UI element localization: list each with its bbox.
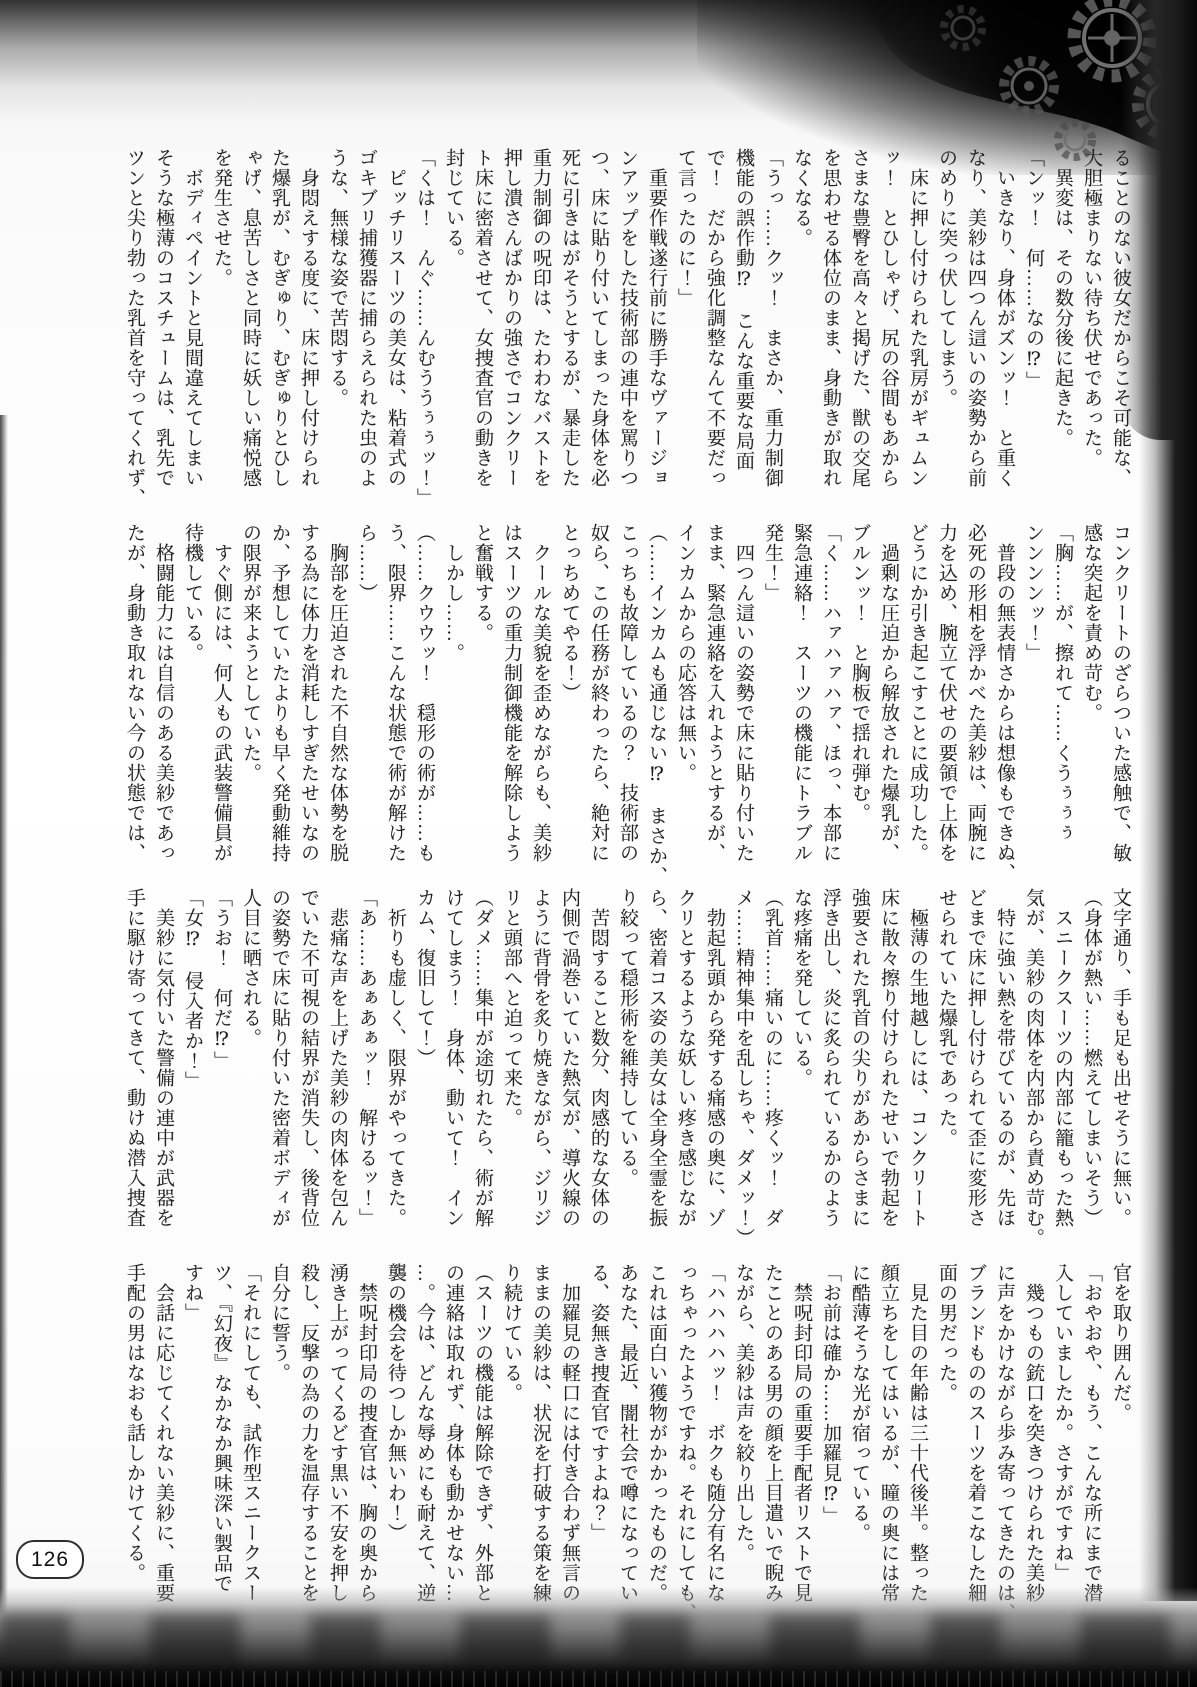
book-page: ることのない彼女だからこそ可能な、大胆極まりない待ち伏せであった。 異変は、その… (0, 0, 1197, 1687)
page-number-badge: 126 (16, 1540, 84, 1579)
text-column: メ……精神集中を乱しちゃ、ダメッ！） (729, 888, 758, 1250)
text-column: まま、緊急連絡を入れようとするが、 (700, 523, 729, 885)
text-column: うな、無様な姿で苦悶する。 (323, 148, 352, 510)
text-band-4: 官を取り囲んだ。「おやおや、もう、こんな所にまで潜入していましたか。さすがですね… (120, 1263, 1135, 1625)
text-column: 普段の無表情さからは想像もできぬ、 (990, 523, 1019, 885)
text-column: クリとするような妖しい疼き感じなが (671, 888, 700, 1250)
text-column: り絞って穏形術を維持している。 (613, 888, 642, 1250)
left-edge-shadow (0, 415, 8, 1632)
text-column: ンアップをした技術部の連中を罵りつ (613, 148, 642, 510)
text-column: リと頭部へと迫って来た。 (497, 888, 526, 1250)
text-column: 強要された乳首の尖りがあからさまに (845, 888, 874, 1250)
text-column: （乳首……痛いのに……疼くッ！ ダ (758, 888, 787, 1250)
text-column: 浮き出し、炎に炙られているかのよう (816, 888, 845, 1250)
text-column: 「ンッ！ 何……なの⁉」 (1019, 148, 1048, 510)
text-column: た爆乳が、むぎゅり、むぎゅりとひし (265, 148, 294, 510)
text-column: 封じている。 (439, 148, 468, 510)
text-column: 加羅見の軽口には付き合わず無言の (555, 1263, 584, 1625)
text-column: ままの美紗は、状況を打破する策を練 (526, 1263, 555, 1625)
text-column: 床に散々擦り付けられたせいで勃起を (874, 888, 903, 1250)
text-column: 「く……ハァハァハァ、ほっ、本部に (816, 523, 845, 885)
text-column: 待機している。 (178, 523, 207, 885)
text-column: 悲痛な声を上げた美紗の肉体を包ん (323, 888, 352, 1250)
text-column: 襲の機会を待つしか無いわ！） (381, 1263, 410, 1625)
text-column: 禁呪封印局の重要手配者リストで見 (787, 1263, 816, 1625)
text-column: 重要作戦遂行前に勝手なヴァージョ (642, 148, 671, 510)
text-column: （……インカムも通じない⁉ まさか、 (642, 523, 671, 885)
text-column: 機能の誤作動⁉ こんな重要な局面 (729, 148, 758, 510)
text-column: 床に押し付けられた乳房がギュムン (903, 148, 932, 510)
text-column: スニークスーツの内部に籠もった熱 (1048, 888, 1077, 1250)
text-column: か、予想していたよりも早く発動維持 (265, 523, 294, 885)
text-column: けてしまう！ 身体、動いて！ イン (439, 888, 468, 1250)
text-column: なり、美紗は四つん這いの姿勢から前 (961, 148, 990, 510)
text-column: の連絡は取れず、身体も動かせない… (439, 1263, 468, 1625)
text-column: コンクリートのざらついた感触で、敏 (1106, 523, 1135, 885)
text-column: 必死の形相を浮かべた美紗は、両腕に (961, 523, 990, 885)
text-column: に酷薄そうな光が宿っている。 (845, 1263, 874, 1625)
text-column: 会話に応じてくれない美紗に、重要 (149, 1263, 178, 1625)
text-column: 湧き上がってくるどす黒い不安を押し (323, 1263, 352, 1625)
text-column: 感な突起を責め苛む。 (1077, 523, 1106, 885)
text-column: （……クウウッ！ 穏形の術が……も (410, 523, 439, 885)
text-column: インカムからの応答は無い。 (671, 523, 700, 885)
text-column: の姿勢で床に貼り付いた密着ボディが (265, 888, 294, 1250)
text-column: 官を取り囲んだ。 (1106, 1263, 1135, 1625)
text-column: ッ！ とひしゃげ、尻の谷間もあから (874, 148, 903, 510)
text-column: ピッチリスーツの美女は、粘着式の (381, 148, 410, 510)
text-column: と奮戦する。 (468, 523, 497, 885)
text-column: 祈りも虚しく、限界がやってきた。 (381, 888, 410, 1250)
text-column: はスーツの重力制御機能を解除しよう (497, 523, 526, 885)
text-column: 幾つもの銃口を突きつけられた美紗 (1019, 1263, 1048, 1625)
text-column: で！ だから強化調整なんて不要だっ (700, 148, 729, 510)
text-column: 胸部を圧迫された不自然な体勢を脱 (323, 523, 352, 885)
text-column: こっちも故障しているの？ 技術部の (613, 523, 642, 885)
text-column: ら……） (352, 523, 381, 885)
text-column: 勃起乳頭から発する痛感の奥に、ゾ (700, 888, 729, 1250)
text-column: 殺し、反撃の為の力を温存することを (294, 1263, 323, 1625)
text-column: （ダメ……集中が途切れたら、術が解 (468, 888, 497, 1250)
text-column: ブランドもののスーツを着こなした細 (961, 1263, 990, 1625)
text-column: …。今は、どんな辱めにも耐えて、逆 (410, 1263, 439, 1625)
text-column: どうにか引き起こすことに成功した。 (903, 523, 932, 885)
text-column: （身体が熱い……燃えてしまいそう） (1077, 888, 1106, 1250)
text-column: なくなる。 (787, 148, 816, 510)
text-column: 美紗に気付いた警備の連中が武器を (149, 888, 178, 1250)
text-column: 顔立ちをしてはいるが、瞳の奥には常 (874, 1263, 903, 1625)
text-column: 見た目の年齢は三十代後半。整った (903, 1263, 932, 1625)
text-column: 「胸……が、擦れて……くうぅぅぅ (1048, 523, 1077, 885)
text-column: っちゃったようですね。それにしても、 (671, 1263, 700, 1625)
text-column: すぐ側には、何人もの武装警備員が (207, 523, 236, 885)
text-column: 大胆極まりない待ち伏せであった。 (1077, 148, 1106, 510)
text-column: 異変は、その数分後に起きた。 (1048, 148, 1077, 510)
text-column: 奴ら、この任務が終わったら、絶対に (584, 523, 613, 885)
text-column: ゃげ、息苦しさと同時に妖しい痛悦感 (236, 148, 265, 510)
text-column: せられていた爆乳であった。 (932, 888, 961, 1250)
text-column: う、限界……こんな状態で術が解けた (381, 523, 410, 885)
text-column: たことのある男の顔を上目遣いで睨み (758, 1263, 787, 1625)
text-column: これは面白い獲物がかかったものだ。 (642, 1263, 671, 1625)
text-column: する為に体力を消耗しすぎたせいなの (294, 523, 323, 885)
text-column: 「ハハハハッ！ ボクも随分有名にな (700, 1263, 729, 1625)
text-column: ゴキブリ捕獲器に捕らえられた虫のよ (352, 148, 381, 510)
text-column: ながら、美紗は声を絞り出した。 (729, 1263, 758, 1625)
text-column: 禁呪封印局の捜査官は、胸の奥から (352, 1263, 381, 1625)
text-column: ることのない彼女だからこそ可能な、 (1106, 148, 1135, 510)
text-column: 内側で渦巻いていた熱気が、導火線の (555, 888, 584, 1250)
text-column: り続けている。 (497, 1263, 526, 1625)
text-band-2: コンクリートのざらついた感触で、敏感な突起を責め苛む。「胸……が、擦れて……くう… (120, 523, 1135, 885)
text-column: 格闘能力には自信のある美紗であっ (149, 523, 178, 885)
text-column: ように背骨を炙り焼きながら、ジリジ (526, 888, 555, 1250)
text-column: たが、身動き取れない今の状態では、 (120, 523, 149, 885)
text-column: 極薄の生地越しには、コンクリート (903, 888, 932, 1250)
top-edge-shadow (0, 0, 1197, 150)
text-column: を思わせる体位のまま、身動きが取れ (816, 148, 845, 510)
text-column: 「それにしても、試作型スニークスー (236, 1263, 265, 1625)
text-column: でいた不可視の結界が消失し、後背位 (294, 888, 323, 1250)
text-column: ボディペイントと見間違えてしまい (178, 148, 207, 510)
text-column: 自分に誓う。 (265, 1263, 294, 1625)
text-column: の限界が来ようとしていた。 (236, 523, 265, 885)
text-column: 「女⁉ 侵入者か！」 (178, 888, 207, 1250)
text-column: 過剰な圧迫から解放された爆乳が、 (874, 523, 903, 885)
text-column: を発生させた。 (207, 148, 236, 510)
page-number: 126 (31, 1548, 69, 1572)
text-column: 面の男だった。 (932, 1263, 961, 1625)
text-column: 特に強い熱を帯びているのが、先ほ (990, 888, 1019, 1250)
text-column: 「くは！ んぐ……んむううぅぅッ！」 (410, 148, 439, 510)
text-column: 押し潰さんばかりの強さでコンクリー (497, 148, 526, 510)
text-column: 「うっ……クッ！ まさか、重力制御 (758, 148, 787, 510)
text-column: つ、床に貼り付いてしまった身体を必 (584, 148, 613, 510)
text-column: そうな極薄のコスチュームは、乳先で (149, 148, 178, 510)
text-column: ンンンンッ！」 (1019, 523, 1048, 885)
text-column: 「うお！ 何だ⁉」 (207, 888, 236, 1250)
text-column: どまで床に押し付けられて歪に変形さ (961, 888, 990, 1250)
text-column: て言ったのに！」 (671, 148, 700, 510)
text-column: 力を込め、腕立て伏せの要領で上体を (932, 523, 961, 885)
text-column: る、姿無き捜査官ですよね？」 (584, 1263, 613, 1625)
right-edge-shadow (1139, 0, 1197, 1601)
text-column: とっちめてやる！） (555, 523, 584, 885)
text-column: に声をかけながら歩み寄ってきたのは、 (990, 1263, 1019, 1625)
text-column: ブルンッ！ と胸板で揺れ弾む。 (845, 523, 874, 885)
text-column: しかし……。 (439, 523, 468, 885)
text-column: 緊急連絡！ スーツの機能にトラブル (787, 523, 816, 885)
text-column: 死に引きはがそうとするが、暴走した (555, 148, 584, 510)
text-column: 「お前は確か……加羅見⁉」 (816, 1263, 845, 1625)
text-column: 苦悶すること数分、肉感的な女体の (584, 888, 613, 1250)
text-column: あなた、最近、闇社会で噂になってい (613, 1263, 642, 1625)
text-column: カム、復旧して！） (410, 888, 439, 1250)
bottom-edge-speckles (0, 1671, 1197, 1687)
text-column: ら、密着コス姿の美女は全身全霊を振 (642, 888, 671, 1250)
text-column: ツ、『幻夜』なかなか興味深い製品で (207, 1263, 236, 1625)
text-band-3: 文字通り、手も足も出せそうに無い。（身体が熱い……燃えてしまいそう） スニークス… (120, 888, 1135, 1250)
text-column: 手配の男はなおも話しかけてくる。 (120, 1263, 149, 1625)
text-column: すね」 (178, 1263, 207, 1625)
text-column: 発生！」 (758, 523, 787, 885)
text-column: な疼痛を発している。 (787, 888, 816, 1250)
text-column: 文字通り、手も足も出せそうに無い。 (1106, 888, 1135, 1250)
text-column: 入していましたか。さすがですね」 (1048, 1263, 1077, 1625)
text-column: ツンと尖り勃った乳首を守ってくれず、 (120, 148, 149, 510)
text-column: いきなり、身体がズンッ！ と重く (990, 148, 1019, 510)
text-band-1: ることのない彼女だからこそ可能な、大胆極まりない待ち伏せであった。 異変は、その… (120, 148, 1135, 510)
text-column: クールな美貌を歪めながらも、美紗 (526, 523, 555, 885)
text-column: のめりに突っ伏してしまう。 (932, 148, 961, 510)
text-column: さまな豊臀を高々と掲げた、獣の交尾 (845, 148, 874, 510)
text-column: 気が、美紗の肉体を内部から責め苛む。 (1019, 888, 1048, 1250)
text-column: 身悶えする度に、床に押し付けられ (294, 148, 323, 510)
text-column: ト床に密着させて、女捜査官の動きを (468, 148, 497, 510)
text-column: 「おやおや、もう、こんな所にまで潜 (1077, 1263, 1106, 1625)
text-column: 重力制御の呪印は、たわわなバストを (526, 148, 555, 510)
text-column: 「あ……あぁあぁッ！ 解けるッ！」 (352, 888, 381, 1250)
text-column: （スーツの機能は解除できず、外部と (468, 1263, 497, 1625)
text-column: 手に駆け寄ってきて、動けぬ潜入捜査 (120, 888, 149, 1250)
text-column: 人目に晒される。 (236, 888, 265, 1250)
text-column: 四つん這いの姿勢で床に貼り付いた (729, 523, 758, 885)
